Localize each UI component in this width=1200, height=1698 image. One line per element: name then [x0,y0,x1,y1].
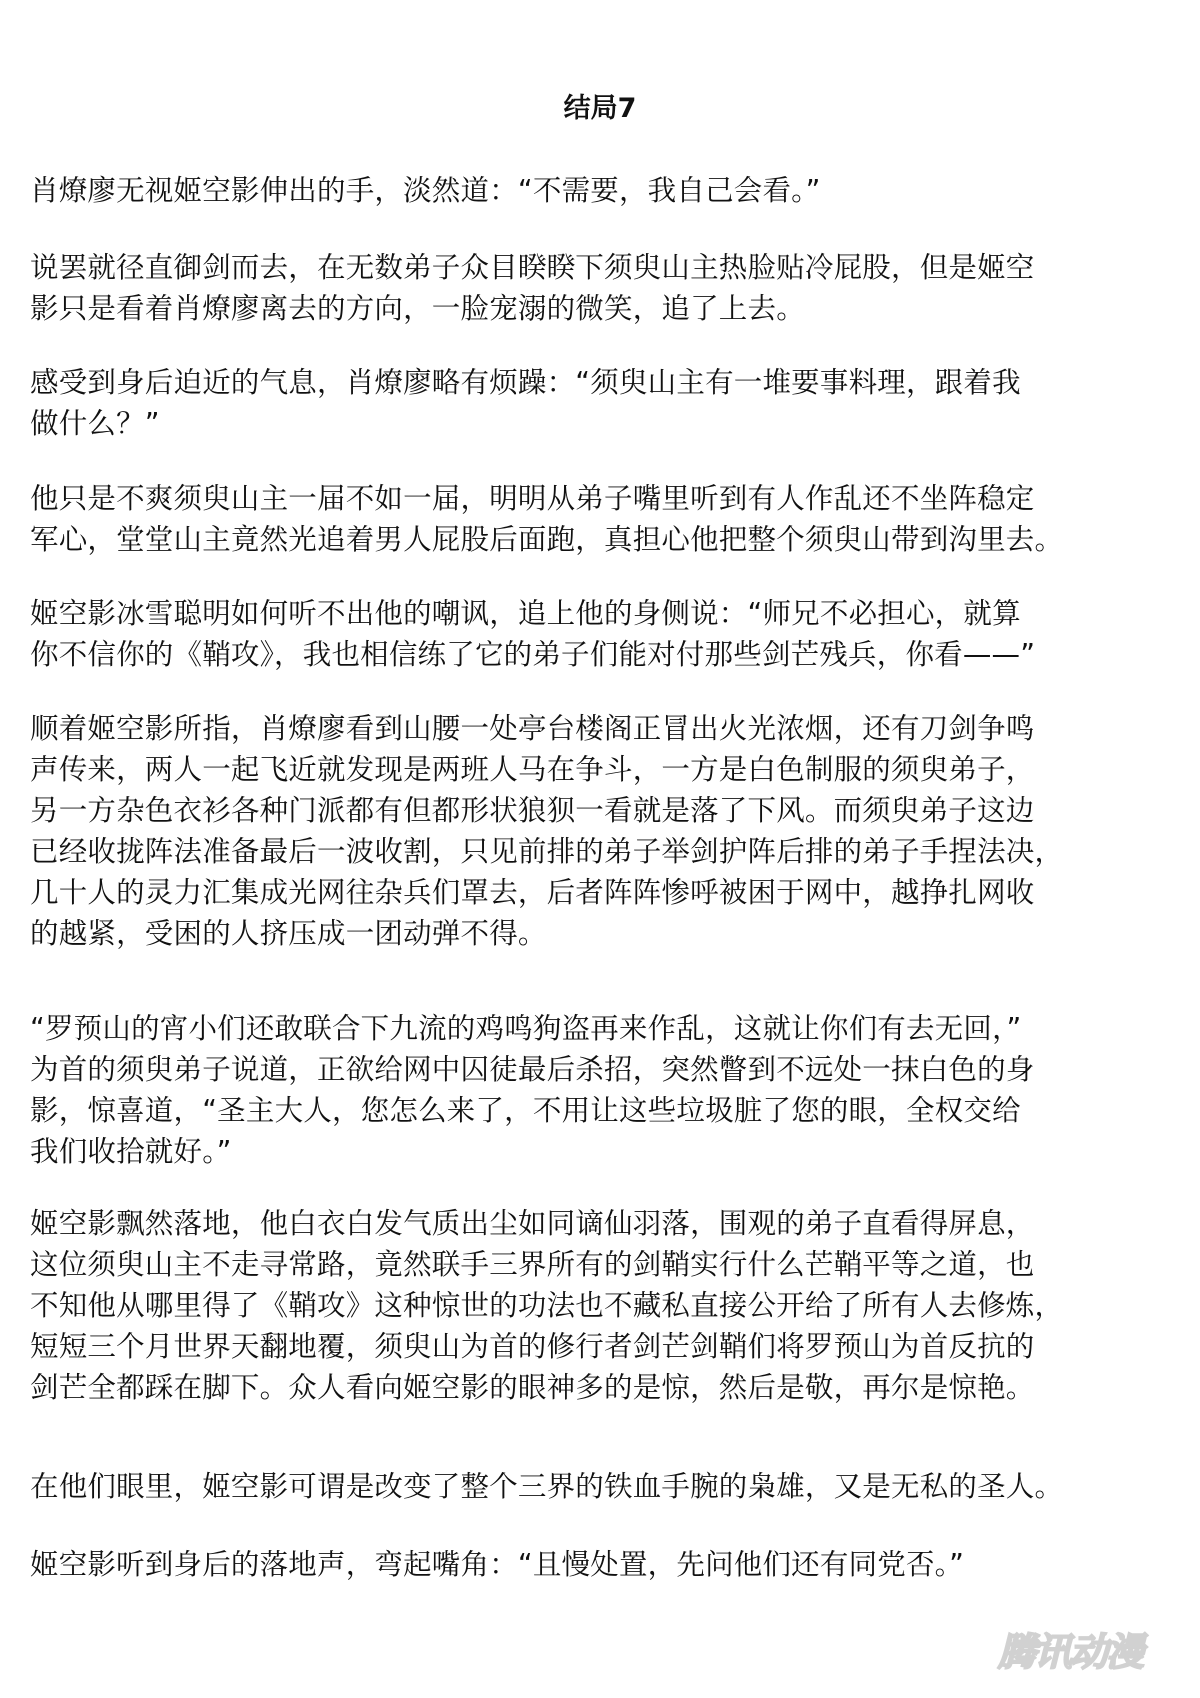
text-line: 的越紧，受困的人挤压成一团动弹不得。 [30,913,1180,954]
paragraph-8: 姬空影飘然落地，他白衣白发气质出尘如同谪仙羽落，围观的弟子直看得屏息， 这位须臾… [30,1203,1180,1408]
paragraph-10: 姬空影听到身后的落地声，弯起嘴角：“且慢处置，先问他们还有同党否。” [30,1544,1180,1585]
paragraph-1: 肖燎廖无视姬空影伸出的手，淡然道：“不需要，我自己会看。” [30,170,1180,211]
document-page: 结局7 肖燎廖无视姬空影伸出的手，淡然道：“不需要，我自己会看。” 说罢就径直御… [0,0,1200,1698]
paragraph-4: 他只是不爽须臾山主一届不如一届，明明从弟子嘴里听到有人作乱还不坐阵稳定 军心，堂… [30,478,1180,560]
paragraph-6: 顺着姬空影所指，肖燎廖看到山腰一处亭台楼阁正冒出火光浓烟，还有刀剑争鸣 声传来，… [30,708,1180,954]
watermark-logo: 腾讯动漫 [998,1630,1188,1674]
text-line: 我们收拾就好。” [30,1131,1180,1172]
chapter-title: 结局7 [0,86,1200,125]
text-line: 不知他从哪里得了《鞘攻》这种惊世的功法也不藏私直接公开给了所有人去修炼， [30,1285,1180,1326]
text-line: 感受到身后迫近的气息，肖燎廖略有烦躁：“须臾山主有一堆要事料理，跟着我 [30,362,1180,403]
paragraph-7: “罗预山的宵小们还敢联合下九流的鸡鸣狗盗再来作乱，这就让你们有去无回，” 为首的… [30,1008,1180,1172]
text-line: 顺着姬空影所指，肖燎廖看到山腰一处亭台楼阁正冒出火光浓烟，还有刀剑争鸣 [30,708,1180,749]
text-line: 说罢就径直御剑而去，在无数弟子众目睽睽下须臾山主热脸贴冷屁股，但是姬空 [30,247,1180,288]
text-line: 做什么？” [30,403,1180,444]
text-line: 姬空影冰雪聪明如何听不出他的嘲讽，追上他的身侧说：“师兄不必担心，就算 [30,593,1180,634]
text-line: 军心，堂堂山主竟然光追着男人屁股后面跑，真担心他把整个须臾山带到沟里去。 [30,519,1180,560]
text-line: 已经收拢阵法准备最后一波收割，只见前排的弟子举剑护阵后排的弟子手捏法决， [30,831,1180,872]
text-line: 肖燎廖无视姬空影伸出的手，淡然道：“不需要，我自己会看。” [30,170,1180,211]
text-line: 短短三个月世界天翻地覆，须臾山为首的修行者剑芒剑鞘们将罗预山为首反抗的 [30,1326,1180,1367]
text-line: 他只是不爽须臾山主一届不如一届，明明从弟子嘴里听到有人作乱还不坐阵稳定 [30,478,1180,519]
text-line: 声传来，两人一起飞近就发现是两班人马在争斗，一方是白色制服的须臾弟子， [30,749,1180,790]
text-line: 为首的须臾弟子说道，正欲给网中囚徒最后杀招，突然瞥到不远处一抹白色的身 [30,1049,1180,1090]
text-line: 姬空影听到身后的落地声，弯起嘴角：“且慢处置，先问他们还有同党否。” [30,1544,1180,1585]
text-line: 影，惊喜道，“圣主大人，您怎么来了，不用让这些垃圾脏了您的眼，全权交给 [30,1090,1180,1131]
text-line: 另一方杂色衣衫各种门派都有但都形状狼狈一看就是落了下风。而须臾弟子这边 [30,790,1180,831]
text-line: 姬空影飘然落地，他白衣白发气质出尘如同谪仙羽落，围观的弟子直看得屏息， [30,1203,1180,1244]
paragraph-3: 感受到身后迫近的气息，肖燎廖略有烦躁：“须臾山主有一堆要事料理，跟着我 做什么？… [30,362,1180,444]
paragraph-5: 姬空影冰雪聪明如何听不出他的嘲讽，追上他的身侧说：“师兄不必担心，就算 你不信你… [30,593,1180,675]
text-line: “罗预山的宵小们还敢联合下九流的鸡鸣狗盗再来作乱，这就让你们有去无回，” [30,1008,1180,1049]
paragraph-9: 在他们眼里，姬空影可谓是改变了整个三界的铁血手腕的枭雄，又是无私的圣人。 [30,1466,1180,1507]
text-line: 你不信你的《鞘攻》，我也相信练了它的弟子们能对付那些剑芒残兵，你看——” [30,634,1180,675]
text-line: 影只是看着肖燎廖离去的方向，一脸宠溺的微笑，追了上去。 [30,288,1180,329]
text-line: 在他们眼里，姬空影可谓是改变了整个三界的铁血手腕的枭雄，又是无私的圣人。 [30,1466,1180,1507]
text-line: 这位须臾山主不走寻常路，竟然联手三界所有的剑鞘实行什么芒鞘平等之道，也 [30,1244,1180,1285]
paragraph-2: 说罢就径直御剑而去，在无数弟子众目睽睽下须臾山主热脸贴冷屁股，但是姬空 影只是看… [30,247,1180,329]
text-line: 剑芒全都踩在脚下。众人看向姬空影的眼神多的是惊，然后是敬，再尔是惊艳。 [30,1367,1180,1408]
text-line: 几十人的灵力汇集成光网往杂兵们罩去，后者阵阵惨呼被困于网中，越挣扎网收 [30,872,1180,913]
